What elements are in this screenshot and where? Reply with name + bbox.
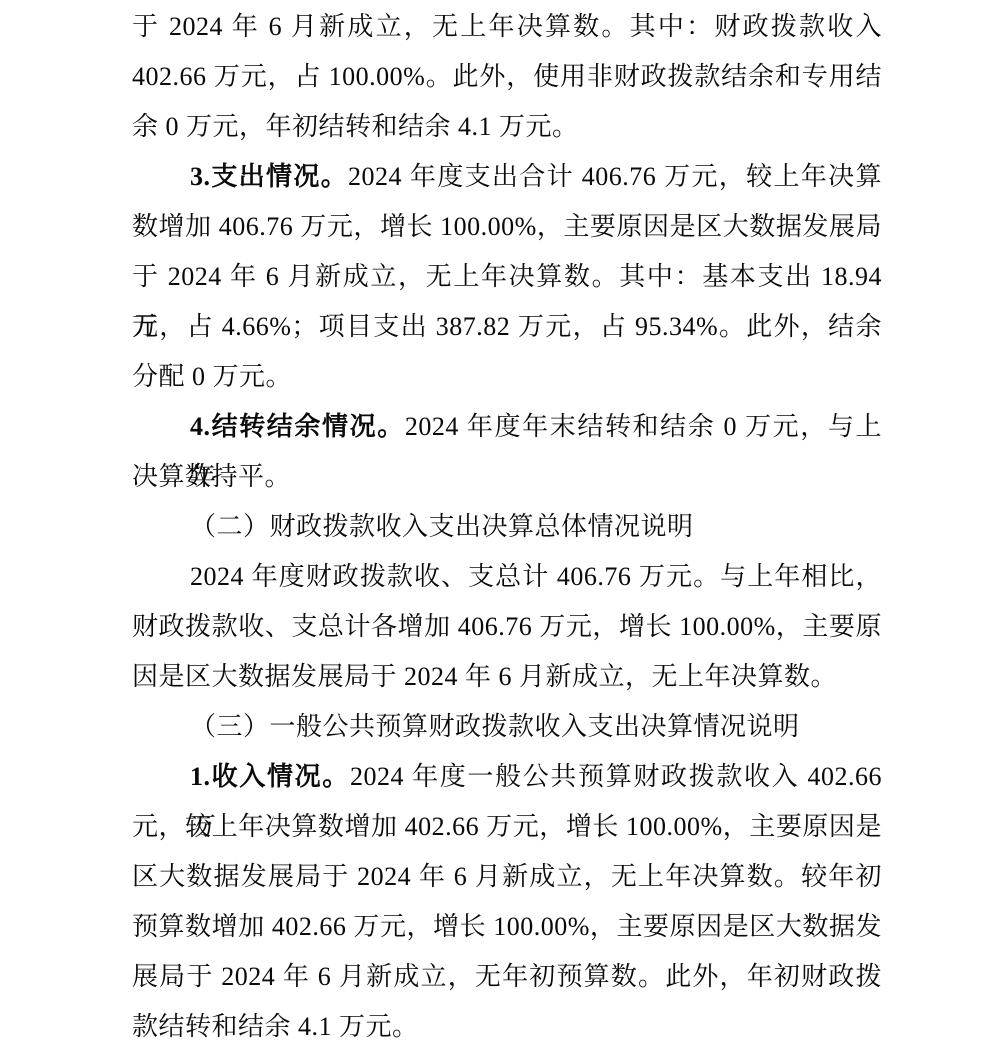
text-segment-bold: 4.结转结余情况。: [190, 412, 405, 441]
text-segment: 因是区大数据发展局于 2024 年 6 月新成立，无上年决算数。: [132, 662, 837, 691]
document-text-block: 于 2024 年 6 月新成立，无上年决算数。其中：财政拨款收入402.66 万…: [132, 2, 882, 1052]
text-segment: 2024 年度支出合计 406.76 万元，较上年决算: [348, 162, 882, 191]
text-line: 决算数持平。: [132, 452, 882, 502]
document-page: 于 2024 年 6 月新成立，无上年决算数。其中：财政拨款收入402.66 万…: [0, 0, 1000, 1059]
text-segment: 元，占 4.66%；项目支出 387.82 万元，占 95.34%。此外，结余: [132, 312, 882, 341]
text-segment: 2024 年度财政拨款收、支总计 406.76 万元。与上年相比，: [190, 562, 882, 591]
text-line: 402.66 万元，占 100.00%。此外，使用非财政拨款结余和专用结: [132, 52, 882, 102]
text-line: 分配 0 万元。: [132, 352, 882, 402]
text-segment: 分配 0 万元。: [132, 362, 292, 391]
text-line: 元，较上年决算数增加 402.66 万元，增长 100.00%，主要原因是: [132, 802, 882, 852]
text-segment-bold: 3.支出情况。: [190, 162, 348, 191]
text-line: 3.支出情况。2024 年度支出合计 406.76 万元，较上年决算: [132, 152, 882, 202]
text-line: 1.收入情况。2024 年度一般公共预算财政拨款收入 402.66 万: [132, 752, 882, 802]
text-line: （三）一般公共预算财政拨款收入支出决算情况说明: [132, 702, 882, 752]
text-segment: 数增加 406.76 万元，增长 100.00%，主要原因是区大数据发展局: [132, 212, 882, 241]
text-segment: 展局于 2024 年 6 月新成立，无年初预算数。此外，年初财政拨: [132, 962, 882, 991]
text-line: 2024 年度财政拨款收、支总计 406.76 万元。与上年相比，: [132, 552, 882, 602]
text-segment: 预算数增加 402.66 万元，增长 100.00%，主要原因是区大数据发: [132, 912, 882, 941]
text-segment: 余 0 万元，年初结转和结余 4.1 万元。: [132, 112, 579, 141]
text-segment: （三）一般公共预算财政拨款收入支出决算情况说明: [190, 712, 800, 741]
text-line: 预算数增加 402.66 万元，增长 100.00%，主要原因是区大数据发: [132, 902, 882, 952]
text-segment: 402.66 万元，占 100.00%。此外，使用非财政拨款结余和专用结: [132, 62, 882, 91]
text-line: （二）财政拨款收入支出决算总体情况说明: [132, 502, 882, 552]
text-line: 款结转和结余 4.1 万元。: [132, 1002, 882, 1052]
text-line: 区大数据发展局于 2024 年 6 月新成立，无上年决算数。较年初: [132, 852, 882, 902]
text-segment-bold: 1.收入情况。: [190, 762, 350, 791]
text-segment: 财政拨款收、支总计各增加 406.76 万元，增长 100.00%，主要原: [132, 612, 882, 641]
text-line: 展局于 2024 年 6 月新成立，无年初预算数。此外，年初财政拨: [132, 952, 882, 1002]
text-line: 元，占 4.66%；项目支出 387.82 万元，占 95.34%。此外，结余: [132, 302, 882, 352]
text-segment: 元，较上年决算数增加 402.66 万元，增长 100.00%，主要原因是: [132, 812, 882, 841]
text-line: 于 2024 年 6 月新成立，无上年决算数。其中：财政拨款收入: [132, 2, 882, 52]
text-line: 数增加 406.76 万元，增长 100.00%，主要原因是区大数据发展局: [132, 202, 882, 252]
text-line: 于 2024 年 6 月新成立，无上年决算数。其中：基本支出 18.94 万: [132, 252, 882, 302]
text-segment: 决算数持平。: [132, 462, 291, 491]
text-segment: （二）财政拨款收入支出决算总体情况说明: [190, 512, 694, 541]
text-segment: 于 2024 年 6 月新成立，无上年决算数。其中：财政拨款收入: [132, 12, 882, 41]
text-line: 余 0 万元，年初结转和结余 4.1 万元。: [132, 102, 882, 152]
text-line: 因是区大数据发展局于 2024 年 6 月新成立，无上年决算数。: [132, 652, 882, 702]
text-segment: 区大数据发展局于 2024 年 6 月新成立，无上年决算数。较年初: [132, 862, 882, 891]
text-line: 财政拨款收、支总计各增加 406.76 万元，增长 100.00%，主要原: [132, 602, 882, 652]
text-line: 4.结转结余情况。2024 年度年末结转和结余 0 万元，与上年: [132, 402, 882, 452]
text-segment: 款结转和结余 4.1 万元。: [132, 1012, 419, 1041]
